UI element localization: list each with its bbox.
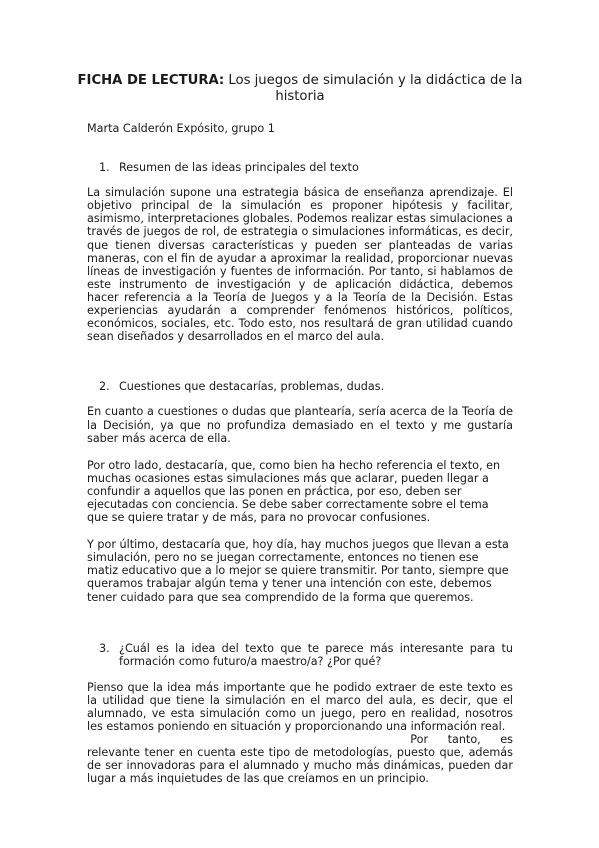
section-number: 2. [99, 380, 119, 393]
section-2-paragraph: Por otro lado, destacaría, que, como bie… [87, 459, 513, 524]
section-3-heading: 3. ¿Cuál es la idea del texto que te par… [87, 642, 513, 668]
section-1-heading: 1. Resumen de las ideas principales del … [87, 161, 513, 174]
section-2-heading: 2. Cuestiones que destacarías, problemas… [87, 380, 513, 393]
section-3-paragraph: relevante tener en cuenta este tipo de m… [87, 746, 513, 785]
section-heading-text: ¿Cuál es la idea del texto que te parece… [119, 642, 513, 668]
section-number: 1. [99, 161, 119, 174]
section-heading-text: Cuestiones que destacarías, problemas, d… [119, 380, 513, 393]
section-1-paragraph: La simulación supone una estrategia bási… [87, 186, 513, 343]
title-bold: FICHA DE LECTURA: [78, 73, 225, 88]
section-2-paragraph: En cuanto a cuestiones o dudas que plant… [87, 405, 513, 444]
section-3-paragraph: Pienso que la idea más importante que he… [87, 681, 513, 733]
document-title: FICHA DE LECTURA: Los juegos de simulaci… [72, 73, 528, 104]
document-page: FICHA DE LECTURA: Los juegos de simulaci… [87, 73, 513, 786]
section-2-paragraph: Y por último, destacaría que, hoy día, h… [87, 538, 513, 603]
section-heading-text: Resumen de las ideas principales del tex… [119, 161, 513, 174]
title-rest: Los juegos de simulación y la didáctica … [224, 73, 522, 104]
author-line: Marta Calderón Expósito, grupo 1 [87, 122, 513, 135]
section-number: 3. [99, 642, 119, 668]
section-3-paragraph-break-line: Por tanto, es [87, 733, 513, 746]
